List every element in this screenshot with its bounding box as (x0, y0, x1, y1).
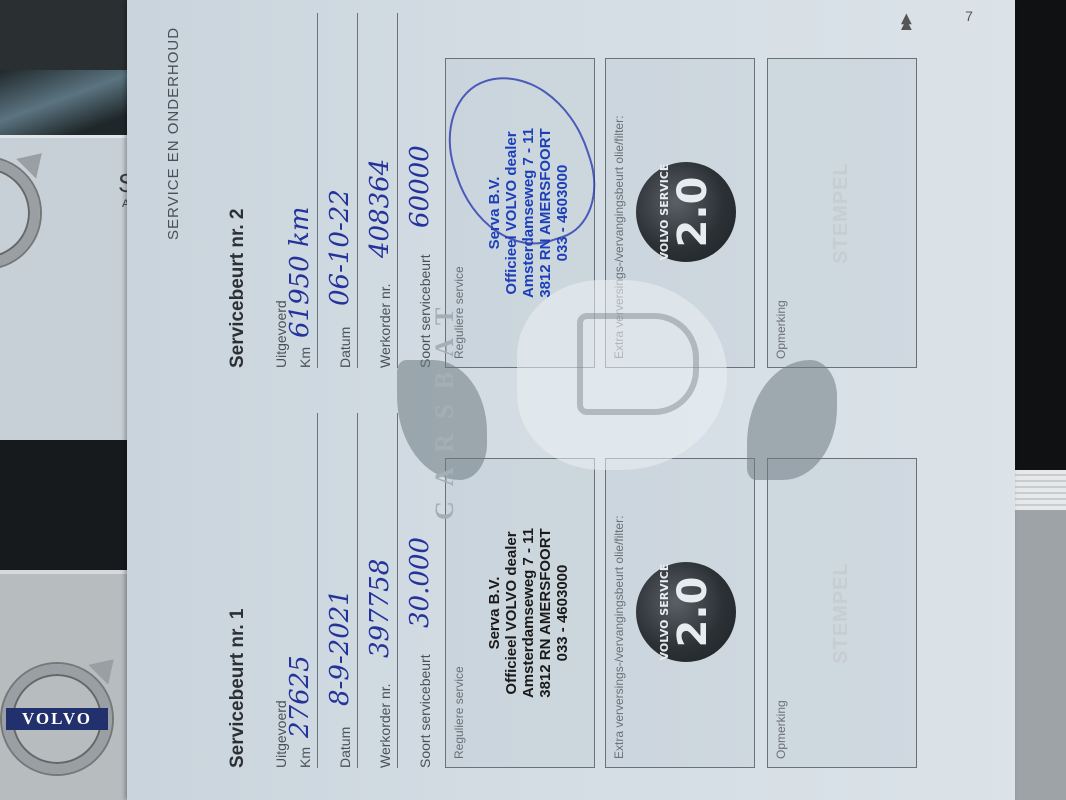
werkorder-label: Werkorder nr. (377, 683, 393, 768)
stempel-placeholder: STEMPEL (830, 459, 853, 767)
volvo-logo-icon (0, 158, 40, 268)
service-heading: Servicebeurt nr. 1 (227, 609, 249, 768)
werkorder-label: Werkorder nr. (377, 283, 393, 368)
opmerking-box: Opmerking STEMPEL (767, 458, 917, 768)
watermark-wordmark-container: CARSBAT (430, 0, 490, 800)
datum-value: 06-10-22 (325, 189, 355, 306)
opmerking-box: Opmerking STEMPEL (767, 58, 917, 368)
background-dark-strip (0, 440, 135, 570)
background-car-seat (0, 70, 135, 135)
volvo-service-badge-icon: VOLVO SERVICE 2.0 (636, 562, 736, 662)
werkorder-value: 397758 (365, 559, 395, 658)
background-dark-fabric (0, 0, 135, 70)
km-label: Km (297, 747, 313, 768)
opmerking-label: Opmerking (774, 300, 788, 359)
extra-service-box: Extra verversings-/vervangingsbeurt olie… (605, 458, 755, 768)
volvo-logo-text: VOLVO (6, 708, 108, 730)
watermark-shield-car-icon (577, 313, 699, 415)
volvo-service-badge-icon: VOLVO SERVICE 2.0 (636, 162, 736, 262)
underlying-booklet: S Ar (0, 135, 135, 443)
stempel-placeholder: STEMPEL (830, 59, 853, 367)
km-value: 61950 km (285, 207, 315, 338)
werkorder-value: 408364 (365, 159, 395, 258)
service-heading: Servicebeurt nr. 2 (227, 209, 249, 368)
extra-service-label: Extra verversings-/vervangingsbeurt olie… (612, 516, 626, 759)
km-label: Km (297, 347, 313, 368)
km-field: Km 61950 km (277, 13, 318, 368)
datum-field: Datum 8-9-2021 (317, 413, 358, 768)
datum-field: Datum 06-10-22 (317, 13, 358, 368)
section-title: SERVICE EN ONDERHOUD (165, 27, 182, 240)
page-content-rotated: SERVICE EN ONDERHOUD ▶▶ 7 Servicebeurt n… (127, 0, 1015, 800)
opmerking-label: Opmerking (774, 700, 788, 759)
booklet-cover: VOLVO (0, 570, 130, 800)
km-value: 27625 (285, 655, 315, 738)
km-field: Km 27625 (277, 413, 318, 768)
page-number: 7 (965, 8, 973, 24)
volvo-logo-icon: VOLVO (2, 664, 112, 774)
watermark-text: CARSBAT (430, 293, 460, 520)
datum-value: 8-9-2021 (325, 589, 355, 706)
dealer-stamp: Serva B.V. Officieel VOLVO dealer Amster… (486, 459, 571, 767)
datum-label: Datum (337, 327, 353, 368)
fast-forward-icon: ▶▶ (897, 18, 914, 30)
werkorder-field: Werkorder nr. 408364 (357, 13, 398, 368)
werkorder-field: Werkorder nr. 397758 (357, 413, 398, 768)
datum-label: Datum (337, 727, 353, 768)
background-dark-right (1010, 0, 1066, 510)
paper-stack (1008, 470, 1066, 515)
service-booklet-page: SERVICE EN ONDERHOUD ▶▶ 7 Servicebeurt n… (127, 0, 1015, 800)
